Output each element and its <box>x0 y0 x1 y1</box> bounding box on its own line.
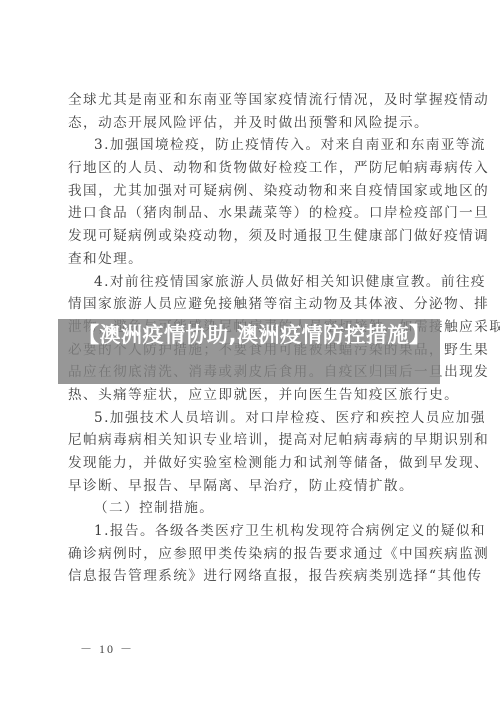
text-line: 行地区的人员、动物和货物做好检疫工作，严防尼帕病毒病传入 <box>68 157 438 180</box>
overlay-title: 【澳洲疫情协助,澳洲疫情防控措施】 <box>78 324 448 347</box>
text-line: 4.对前往疫情国家旅游人员做好相关知识健康宣教。前往疫 <box>68 271 438 294</box>
text-line: 进口食品（猪肉制品、水果蔬菜等）的检疫。口岸检疫部门一旦 <box>68 202 438 225</box>
text-line: 3.加强国境检疫，防止疫情传入。对来自南亚和东南亚等流 <box>68 134 438 157</box>
text-line: 我国，尤其加强对可疑病例、染疫动物和来自疫情国家或地区的 <box>68 180 438 203</box>
text-line: 早诊断、早报告、早隔离、早治疗，防止疫情扩散。 <box>68 475 438 498</box>
text-line: 信息报告管理系统》进行网络直报，报告疾病类别选择“其他传 <box>68 565 438 588</box>
text-line: 情国家旅游人员应避免接触猪等宿主动物及其体液、分泌物、排 <box>68 293 438 316</box>
section-heading: （二）控制措施。 <box>68 497 438 520</box>
text-line: 态，动态开展风险评估，并及时做出预警和风险提示。 <box>68 112 438 135</box>
text-line: 尼帕病毒病相关知识专业培训，提高对尼帕病毒病的早期识别和 <box>68 429 438 452</box>
page-number: － 10 － <box>80 640 134 657</box>
text-line: 确诊病例时，应参照甲类传染病的报告要求通过《中国疾病监测 <box>68 543 438 566</box>
text-line: 全球尤其是南亚和东南亚等国家疫情流行情况，及时掌握疫情动 <box>68 89 438 112</box>
text-line: 5.加强技术人员培训。对口岸检疫、医疗和疾控人员应加强 <box>68 407 438 430</box>
text-line: 发现可疑病例或染疫动物，须及时通报卫生健康部门做好疫情调 <box>68 225 438 248</box>
text-line: 热、头痛等症状，应立即就医，并向医生告知疫区旅行史。 <box>68 384 438 407</box>
document-page: 全球尤其是南亚和东南亚等国家疫情流行情况，及时掌握疫情动 态，动态开展风险评估，… <box>0 0 500 706</box>
text-line: 发现能力，并做好实验室检测能力和试剂等储备，做到早发现、 <box>68 452 438 475</box>
text-line: 1.报告。各级各类医疗卫生机构发现符合病例定义的疑似和 <box>68 520 438 543</box>
text-line: 查和处理。 <box>68 248 438 271</box>
